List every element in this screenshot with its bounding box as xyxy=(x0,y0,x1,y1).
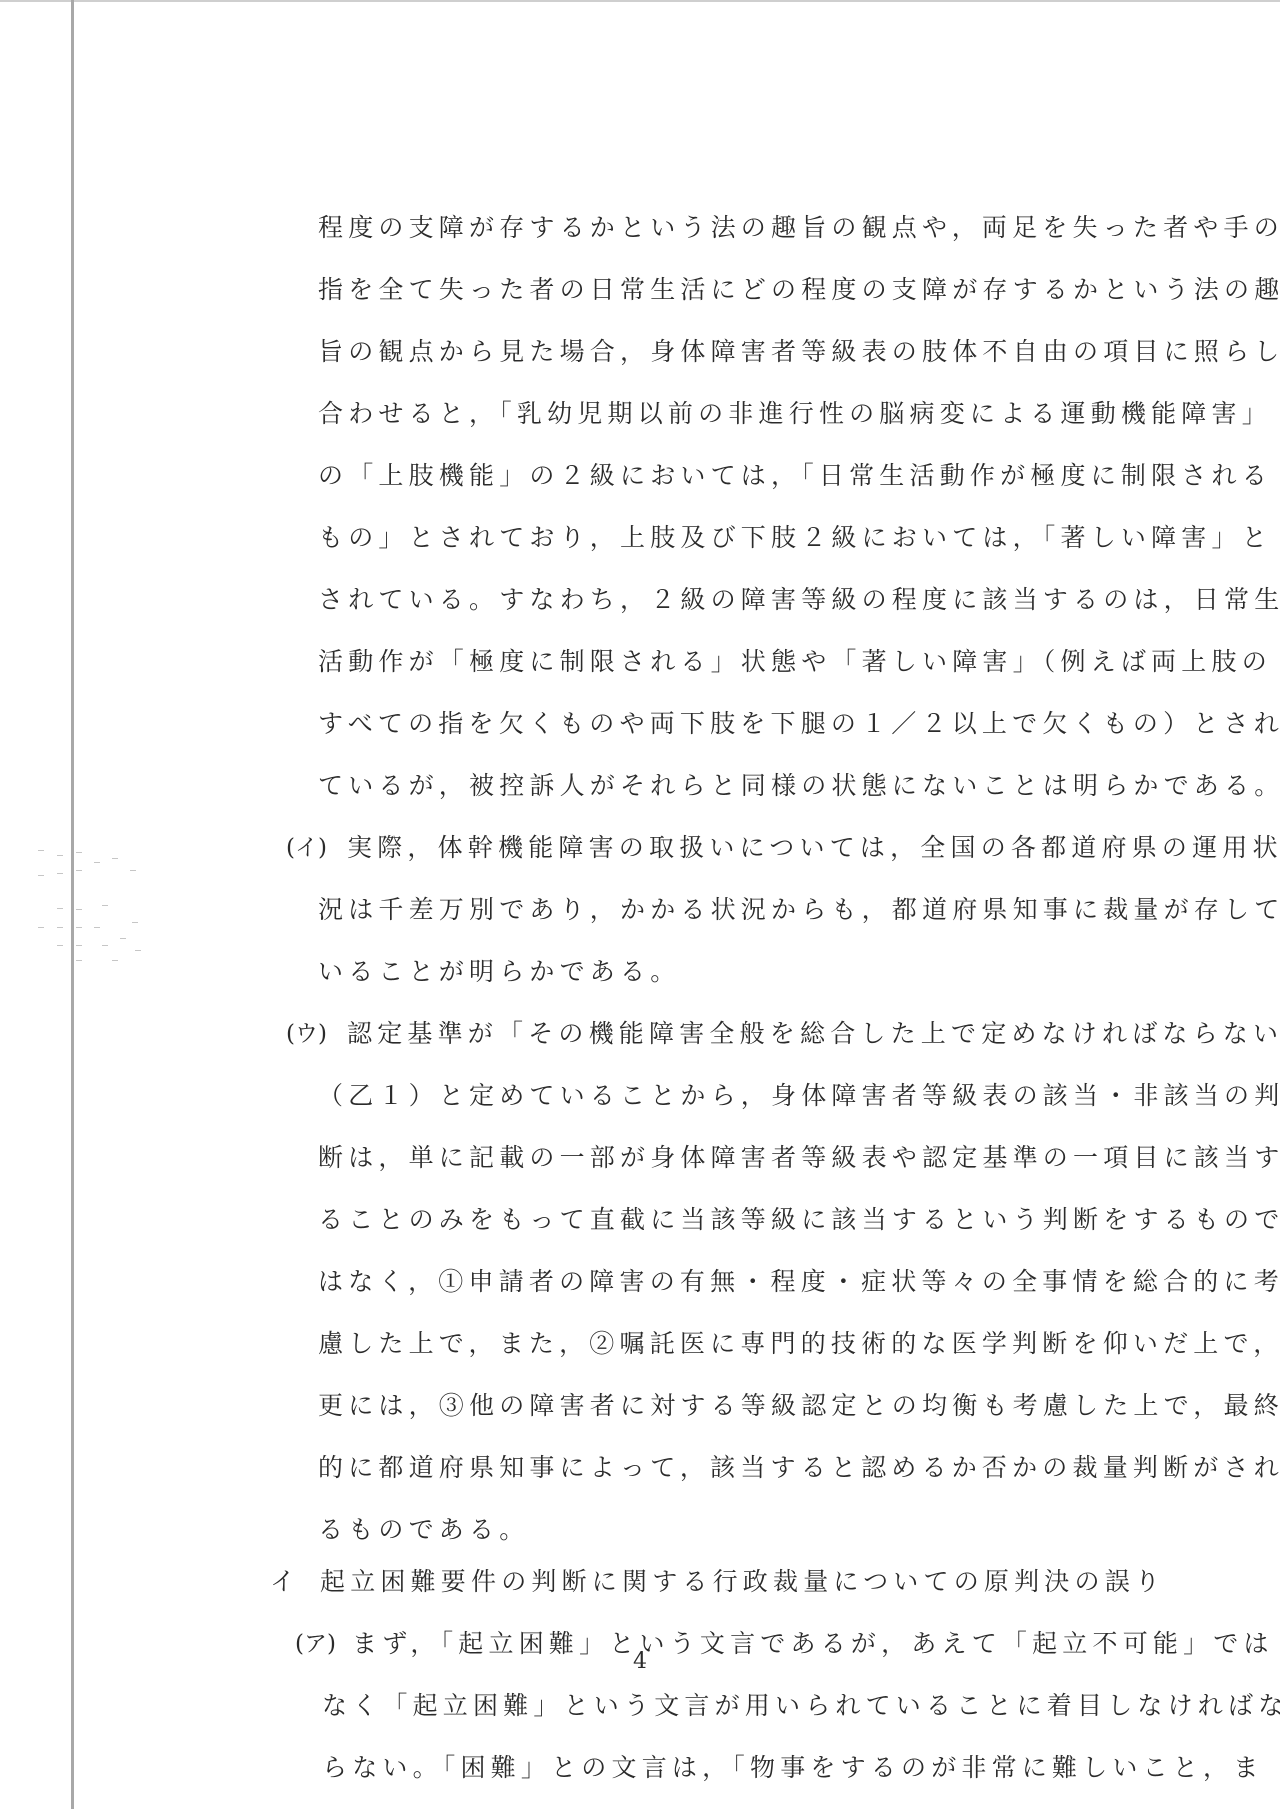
section-heading: 起立困難要件の判断に関する行政裁量についての原判決の誤り xyxy=(320,1565,1165,1599)
text-line: 況は千差万別であり，かかる状況からも，都道府県知事に裁量が存して xyxy=(318,893,1280,927)
text-line: 実際，体幹機能障害の取扱いについては，全国の各都道府県の運用状 xyxy=(347,831,1280,865)
text-line: 認定基準が「その機能障害全般を総合した上で定めなければならない」 xyxy=(347,1017,1280,1051)
text-line: るものである。 xyxy=(318,1513,529,1547)
text-line: 合わせると，「乳幼児期以前の非進行性の脳病変による運動機能障害」 xyxy=(318,397,1272,431)
text-line: 活動作が「極度に制限される」状態や「著しい障害」（例えば両上肢の xyxy=(318,645,1272,679)
text-line: 旨の観点から見た場合，身体障害者等級表の肢体不自由の項目に照らし xyxy=(318,335,1280,369)
text-line: 慮した上で，また，②嘱託医に専門的技術的な医学判断を仰いだ上で， xyxy=(318,1327,1280,1361)
text-line: 程度の支障が存するかという法の趣旨の観点や，両足を失った者や手の xyxy=(318,211,1280,245)
text-line: なく「起立困難」という文言が用いられていることに着目しなければな xyxy=(322,1689,1280,1723)
item-marker: (ウ) xyxy=(286,1017,327,1051)
text-line: らない。「困難」との文言は，「物事をするのが非常に難しいこと，ま xyxy=(322,1751,1263,1785)
text-line: ることのみをもって直截に当該等級に該当するという判断をするもので xyxy=(318,1203,1280,1237)
document-page: 程度の支障が存するかという法の趣旨の観点や，両足を失った者や手の 指を全て失った… xyxy=(0,0,1280,1809)
text-line: すべての指を欠くものや両下肢を下腿の１／２以上で欠くもの）とされ xyxy=(318,707,1280,741)
text-line: （乙１）と定めていることから，身体障害者等級表の該当・非該当の判 xyxy=(318,1079,1280,1113)
section-marker: イ xyxy=(270,1565,295,1599)
text-line: ているが，被控訴人がそれらと同様の状態にないことは明らかである。 xyxy=(318,769,1280,803)
text-line: 的に都道府県知事によって，該当すると認めるか否かの裁量判断がされ xyxy=(318,1451,1280,1485)
page-number: 4 xyxy=(0,1648,1280,1676)
text-line: の「上肢機能」の２級においては，「日常生活動作が極度に制限される xyxy=(318,459,1272,493)
item-marker: (イ) xyxy=(286,831,327,865)
text-line: はなく，①申請者の障害の有無・程度・症状等々の全事情を総合的に考 xyxy=(318,1265,1280,1299)
text-line: いることが明らかである。 xyxy=(318,955,680,989)
text-line: されている。すなわち，２級の障害等級の程度に該当するのは，日常生 xyxy=(318,583,1280,617)
text-line: もの」とされており，上肢及び下肢２級においては，「著しい障害」と xyxy=(318,521,1272,555)
text-line: 断は，単に記載の一部が身体障害者等級表や認定基準の一項目に該当す xyxy=(318,1141,1280,1175)
text-line: 更には，③他の障害者に対する等級認定との均衡も考慮した上で，最終 xyxy=(318,1389,1280,1423)
text-line: 指を全て失った者の日常生活にどの程度の支障が存するかという法の趣 xyxy=(318,273,1280,307)
